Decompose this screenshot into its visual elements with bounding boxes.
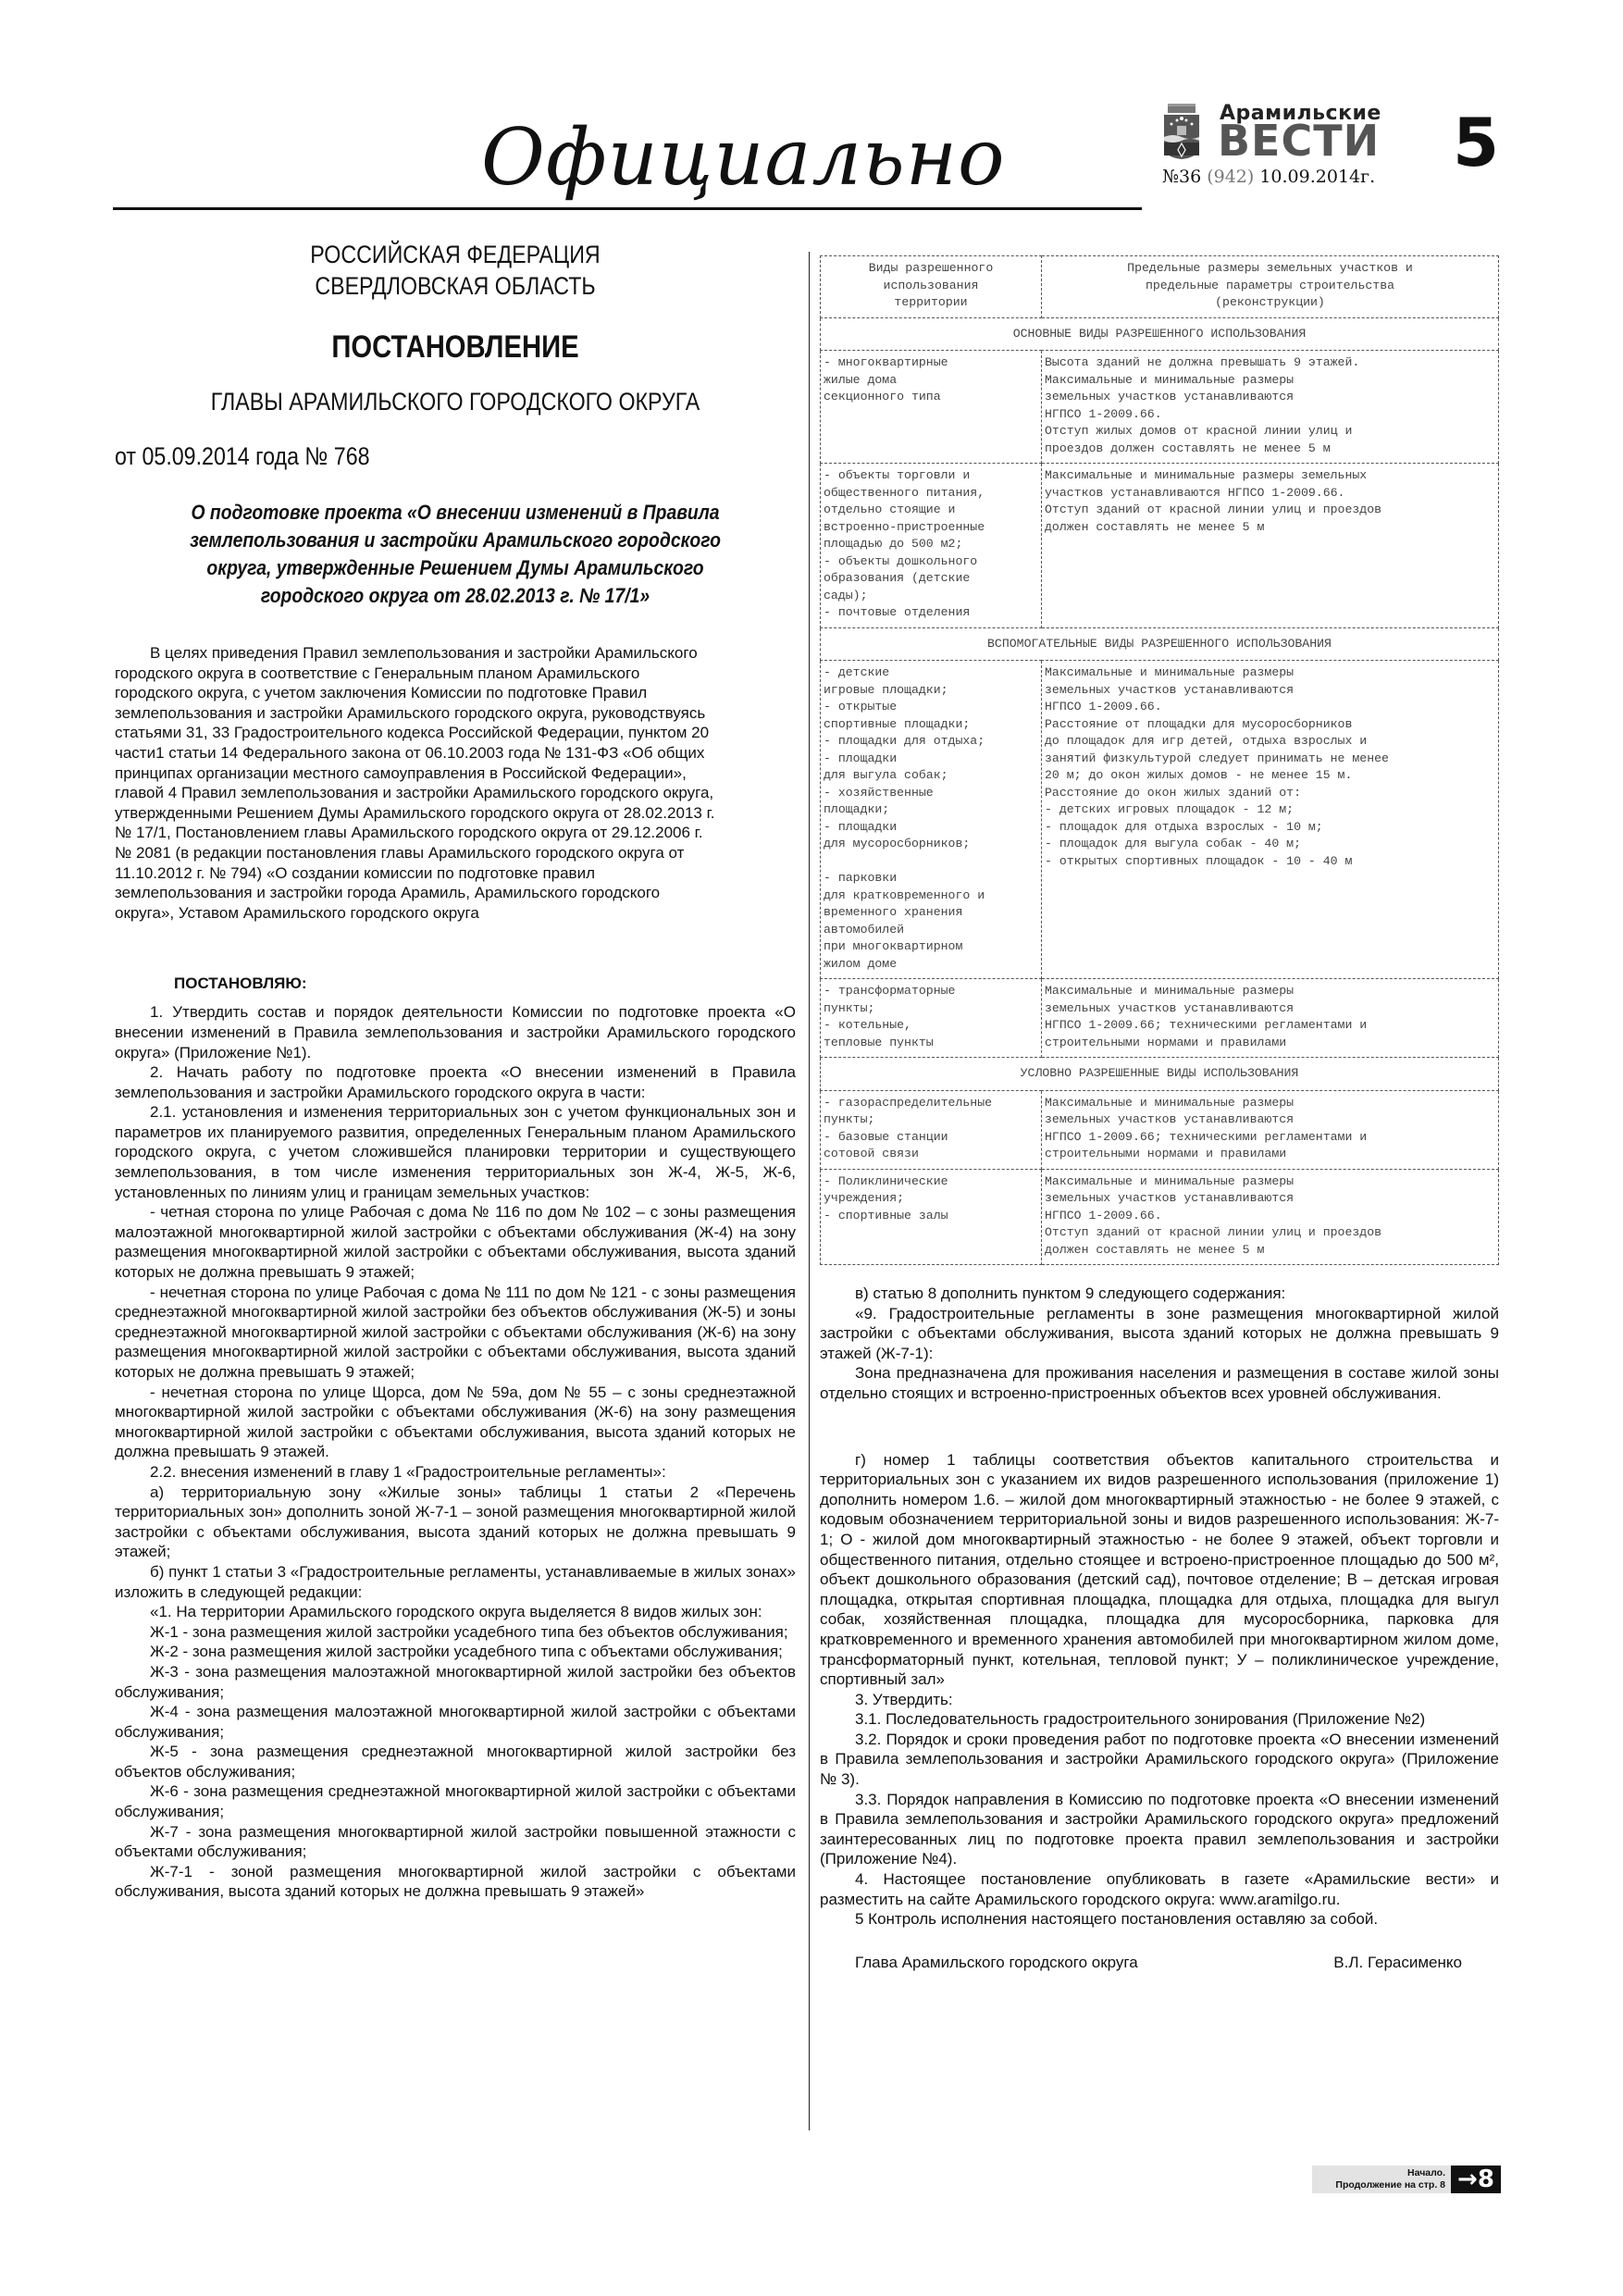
resolution-paragraph: 2.2. внесения изменений в главу 1 «Градо… <box>115 1462 796 1483</box>
document-subject: О подготовке проекта «О внесении изменен… <box>155 499 755 610</box>
resolution-paragraphs: 1. Утвердить состав и порядок деятельнос… <box>115 1002 796 1902</box>
regulations-table: Виды разрешенного использования территор… <box>820 255 1499 1265</box>
signature-name: В.Л. Герасименко <box>1333 1954 1462 1972</box>
right-paragraph: 5 Контроль исполнения настоящего постано… <box>820 1909 1499 1930</box>
resolution-paragraph: б) пункт 1 статьи 3 «Градостроительные р… <box>115 1562 796 1602</box>
resolution-paragraph: - нечетная сторона по улице Рабочая с до… <box>115 1283 796 1383</box>
resolution-paragraph: Ж-7-1 - зоной размещения многоквартирной… <box>115 1862 796 1902</box>
table-section-title: ВСПОМОГАТЕЛЬНЫЕ ВИДЫ РАЗРЕШЕННОГО ИСПОЛЬ… <box>821 627 1499 661</box>
resolution-paragraph: Ж-6 - зона размещения среднеэтажной мног… <box>115 1781 796 1821</box>
section-title: Официально <box>481 118 1006 196</box>
resolution-paragraph: Ж-2 - зона размещения жилой застройки ус… <box>115 1642 796 1662</box>
signature-block: Глава Арамильского городского округа В.Л… <box>855 1954 1462 1972</box>
resolution-paragraph: Ж-4 - зона размещения малоэтажной многок… <box>115 1702 796 1742</box>
cell-permitted-use: - Поликлинические учреждения; - спортивн… <box>821 1169 1042 1265</box>
continuation-label: Начало. Продолжение на стр. 8 <box>1312 2166 1451 2193</box>
amendment-v: в) статью 8 дополнить пунктом 9 следующе… <box>820 1284 1499 1404</box>
resolution-paragraph: а) территориальную зону «Жилые зоны» таб… <box>115 1483 796 1562</box>
cell-permitted-use: - трансформаторные пункты; - котельные, … <box>821 979 1042 1058</box>
table-header-row: Виды разрешенного использования территор… <box>821 256 1499 318</box>
masthead-rule <box>113 207 1142 210</box>
spacer <box>820 1404 1499 1450</box>
cell-parameters: Максимальные и минимальные размеры земел… <box>1042 979 1499 1058</box>
right-paragraph: в) статью 8 дополнить пунктом 9 следующе… <box>820 1284 1499 1304</box>
resolution-paragraph: Ж-5 - зона размещения среднеэтажной мног… <box>115 1742 796 1781</box>
table-header-use: Виды разрешенного использования территор… <box>821 256 1042 318</box>
resolution-paragraph: - нечетная сторона по улице Щорса, дом №… <box>115 1383 796 1462</box>
cell-permitted-use: - объекты торговли и общественного питан… <box>821 464 1042 628</box>
resolution-paragraph: 2.1. установления и изменения территориа… <box>115 1102 796 1202</box>
cell-permitted-use: - детские игровые площадки; - открытые с… <box>821 661 1042 979</box>
table-section-row: УСЛОВНО РАЗРЕШЕННЫЕ ВИДЫ ИСПОЛЬЗОВАНИЯ <box>821 1058 1499 1091</box>
right-paragraph: 4. Настоящее постановление опубликовать … <box>820 1869 1499 1909</box>
cell-parameters: Максимальные и минимальные размеры земел… <box>1042 1169 1499 1265</box>
newspaper-name-big: ВЕСТИ <box>1218 120 1380 161</box>
column-divider <box>809 252 810 2130</box>
cell-permitted-use: - многоквартирные жилые дома секционного… <box>821 351 1042 464</box>
right-paragraph: 3.2. Порядок и сроки проведения работ по… <box>820 1730 1499 1790</box>
document-date-number: от 05.09.2014 года № 768 <box>115 442 700 471</box>
right-paragraph: г) номер 1 таблицы соответствия объектов… <box>820 1450 1499 1690</box>
cell-parameters: Максимальные и минимальные размеры земел… <box>1042 464 1499 628</box>
cell-parameters: Максимальные и минимальные размеры земел… <box>1042 1090 1499 1169</box>
signature-title: Глава Арамильского городского округа <box>855 1954 1138 1972</box>
table-row: - газораспределительные пункты; - базовы… <box>821 1090 1499 1169</box>
issuer-heading: ГЛАВЫ АРАМИЛЬСКОГО ГОРОДСКОГО ОКРУГА <box>163 388 749 416</box>
table-header-params: Предельные размеры земельных участков и … <box>1042 256 1499 318</box>
page-number: 5 <box>1453 109 1499 176</box>
table-row: - объекты торговли и общественного питан… <box>821 464 1499 628</box>
table-row: - детские игровые площадки; - открытые с… <box>821 661 1499 979</box>
resolution-paragraph: - четная сторона по улице Рабочая с дома… <box>115 1202 796 1282</box>
continuation-line2: Продолжение на стр. 8 <box>1312 2179 1445 2191</box>
table-section-row: ВСПОМОГАТЕЛЬНЫЕ ВИДЫ РАЗРЕШЕННОГО ИСПОЛЬ… <box>821 627 1499 661</box>
issue-info: №36 (942) 10.09.2014г. <box>1162 167 1375 187</box>
cell-permitted-use: - газораспределительные пункты; - базовы… <box>821 1090 1042 1169</box>
resolution-paragraph: 1. Утвердить состав и порядок деятельнос… <box>115 1002 796 1062</box>
resolution-paragraph: Ж-3 - зона размещения малоэтажной многок… <box>115 1662 796 1702</box>
cell-parameters: Максимальные и минимальные размеры земел… <box>1042 661 1499 979</box>
right-paragraph: «9. Градостроительные регламенты в зоне … <box>820 1304 1499 1364</box>
newspaper-logo[interactable]: Арамильские ВЕСТИ <box>1162 104 1394 161</box>
right-paragraph: 3.3. Порядок направления в Комиссию по п… <box>820 1790 1499 1869</box>
issue-total: (942) <box>1207 167 1254 187</box>
table-row: - многоквартирные жилые дома секционного… <box>821 351 1499 464</box>
table-row: - Поликлинические учреждения; - спортивн… <box>821 1169 1499 1265</box>
table-section-row: ОСНОВНЫЕ ВИДЫ РАЗРЕШЕННОГО ИСПОЛЬЗОВАНИЯ <box>821 317 1499 351</box>
table-section-title: УСЛОВНО РАЗРЕШЕННЫЕ ВИДЫ ИСПОЛЬЗОВАНИЯ <box>821 1058 1499 1091</box>
right-column: Виды разрешенного использования территор… <box>820 255 1499 1972</box>
continuation-line1: Начало. <box>1312 2167 1445 2179</box>
resolution-paragraph: Ж-7 - зона размещения многоквартирной жи… <box>115 1822 796 1862</box>
amendment-g-and-decisions: г) номер 1 таблицы соответствия объектов… <box>820 1450 1499 1930</box>
resolution-paragraph: «1. На территории Арамильского городског… <box>115 1602 796 1622</box>
resolution-paragraph: 2. Начать работу по подготовке проекта «… <box>115 1062 796 1102</box>
table-row: - трансформаторные пункты; - котельные, … <box>821 979 1499 1058</box>
preamble: В целях приведения Правил землепользован… <box>115 643 716 923</box>
issue-number: №36 <box>1162 167 1201 187</box>
cell-parameters: Высота зданий не должна превышать 9 этаж… <box>1042 351 1499 464</box>
coat-of-arms-icon <box>1162 104 1201 159</box>
resolution-paragraph: Ж-1 - зона размещения жилой застройки ус… <box>115 1622 796 1643</box>
issue-date: 10.09.2014г. <box>1259 167 1375 187</box>
right-paragraph: Зона предназначена для проживания населе… <box>820 1363 1499 1403</box>
continuation-page: 8 <box>1478 2166 1494 2193</box>
left-column: РОССИЙСКАЯ ФЕДЕРАЦИЯ СВЕРДЛОВСКАЯ ОБЛАСТ… <box>115 239 796 1902</box>
document-type: ПОСТАНОВЛЕНИЕ <box>163 329 749 366</box>
right-paragraph: 3.1. Последовательность градостроительно… <box>820 1709 1499 1730</box>
table-section-title: ОСНОВНЫЕ ВИДЫ РАЗРЕШЕННОГО ИСПОЛЬЗОВАНИЯ <box>821 317 1499 351</box>
continuation-page-box: →8 <box>1451 2166 1501 2193</box>
region-heading: СВЕРДЛОВСКАЯ ОБЛАСТЬ <box>163 270 749 302</box>
resolve-label: ПОСТАНОВЛЯЮ: <box>174 974 796 993</box>
continuation-link[interactable]: Начало. Продолжение на стр. 8 →8 <box>1312 2166 1501 2193</box>
country-heading: РОССИЙСКАЯ ФЕДЕРАЦИЯ <box>163 239 749 270</box>
arrow-right-icon: → <box>1457 2166 1478 2193</box>
right-paragraph: 3. Утвердить: <box>820 1690 1499 1710</box>
